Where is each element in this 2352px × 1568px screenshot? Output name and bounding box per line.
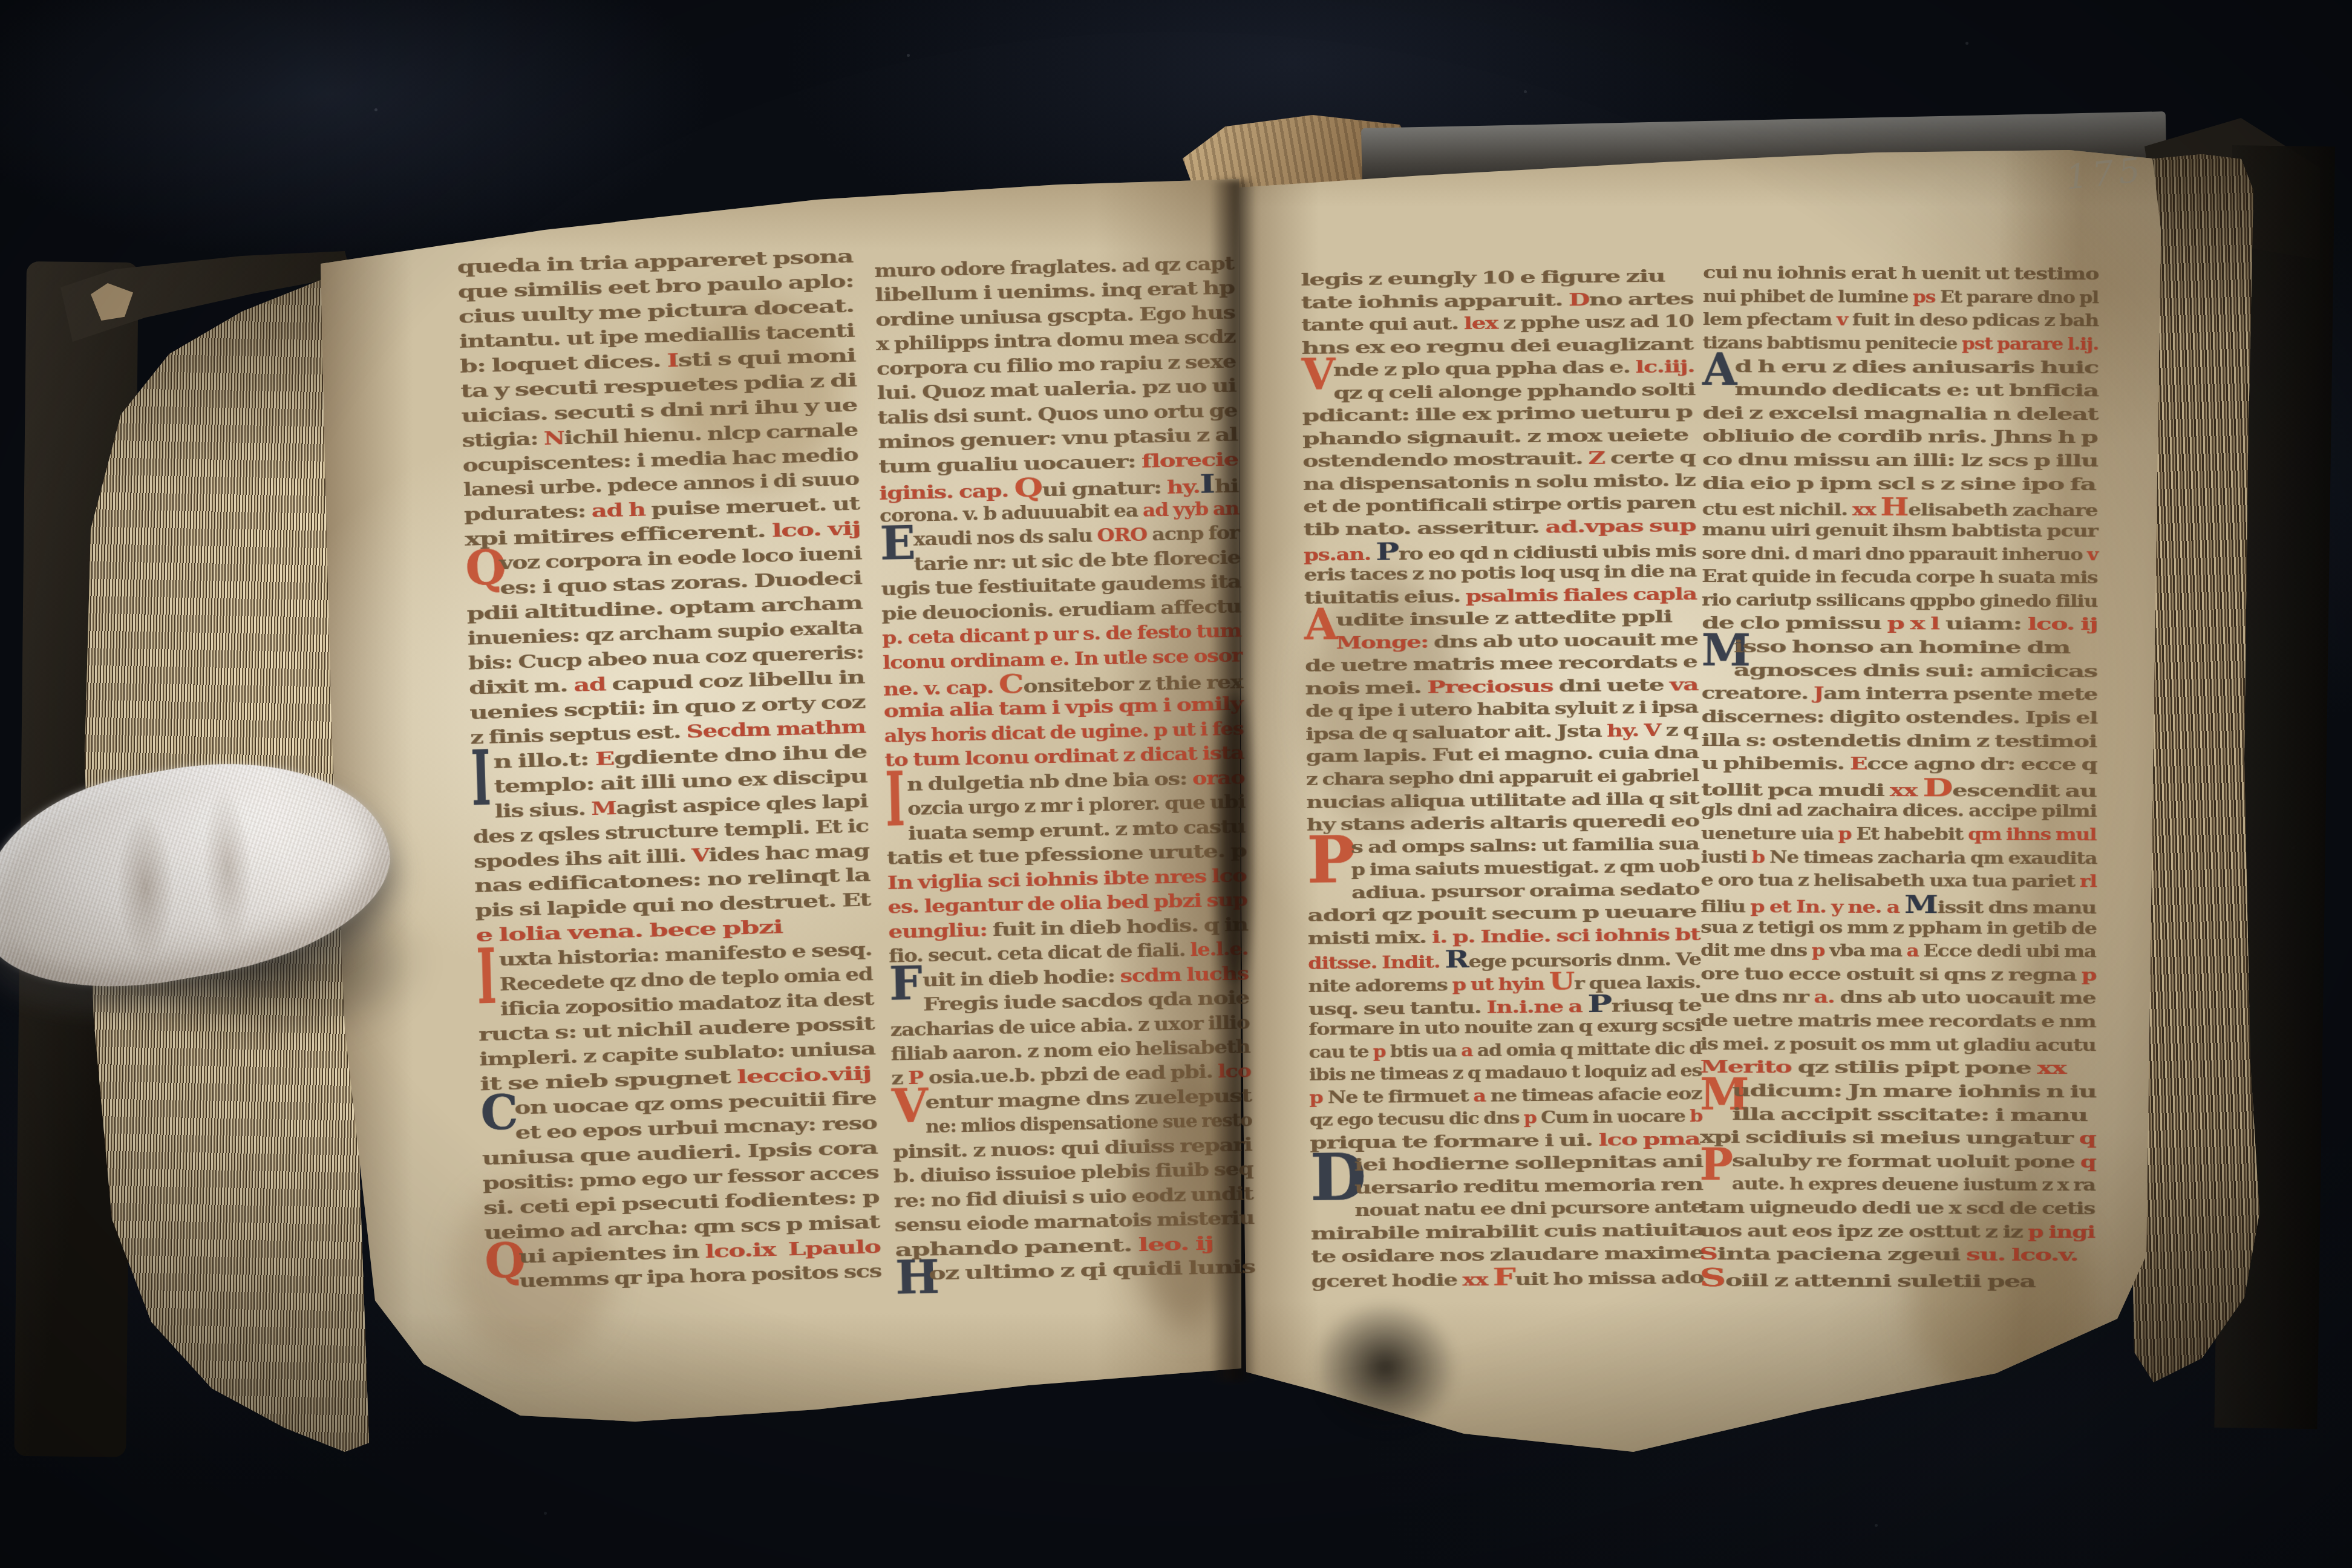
folio-number: 175 (2064, 150, 2147, 197)
drop-cap-initial: I (885, 769, 905, 831)
text-line: sua z tetigi os mm z ppham in getib de (1700, 915, 2100, 940)
text-line: iusti b Ne timeas zacharia qm exaudita (1700, 846, 2100, 871)
text-line: cui nu iohnis erat h uenit ut testimo (1703, 261, 2102, 286)
drop-cap-initial: C (480, 1093, 518, 1132)
text-line: uos aut eos ipz ze osttut z iz p ingi (1699, 1220, 2099, 1244)
text-line: ueneture uia p Et habebit qm ihns mul (1701, 822, 2100, 847)
text-line: Sinta paciena zgeui su. lco.v. (1699, 1243, 2099, 1267)
text-line: saluby re format uoluit pone q (1700, 1149, 2099, 1174)
text-line: nui phibet de lumine ps Et parare dno pl (1703, 285, 2102, 310)
manuscript-column: VAPDlegis z eungly 10 e figure ziutate i… (1301, 265, 1708, 1292)
text-line: illa s: ostendetis dnim z testimoi (1701, 728, 2100, 753)
text-line: Soiil z attenni suletii pea (1699, 1266, 2099, 1291)
glove-crease (199, 787, 256, 948)
gutter-smudge (1218, 696, 1250, 980)
text-line: isso honso an homine dm (1702, 635, 2101, 660)
drop-cap-initial: F (889, 965, 922, 1004)
drop-cap-initial: P (1307, 834, 1355, 887)
text-line: sore dni. d mari dno pparauit inheruo v (1702, 541, 2101, 566)
text-line: de uetre matris mee recordats e nm (1700, 1009, 2100, 1034)
text-line: ctu est nichil. xx Helisabeth zachare (1702, 495, 2102, 520)
text-line: dit me dns p vba ma a Ecce dedi ubi ma (1700, 939, 2100, 964)
text-line: manu uiri genuit ihsm babtista pcur (1702, 518, 2101, 543)
text-line: Merito qz stilis pipt pone xx (1700, 1056, 2099, 1080)
text-line: discernes: digito ostendes. Ipis el (1701, 705, 2100, 730)
drop-cap-initial: A (1702, 351, 1736, 388)
text-line: creatore. Jam interra psente mete (1701, 682, 2100, 707)
text-line: filiu p et In. y ne. a Missit dns manu (1700, 892, 2100, 917)
text-line: e oro tua z helisabeth uxa tua pariet rl (1700, 869, 2100, 893)
gutter-bottom-shadow (1313, 1301, 1458, 1434)
drop-cap-initial: A (1304, 606, 1338, 642)
text-line: ue dns nr a. dns ab uto uocauit me (1700, 985, 2100, 1010)
text-line: d h eru z dies aniusaris huic (1702, 354, 2102, 379)
drop-cap-initial: I (471, 747, 492, 810)
manuscript-column: AMMPcui nu iohnis erat h uenit ut testim… (1699, 261, 2102, 1291)
text-line: tizans babtismu penitecie pst parare l.i… (1702, 332, 2102, 356)
text-line: tollit pca mudi xx Descendit au (1701, 776, 2100, 800)
text-line: ore tuo ecce ostuit si qns z regna p (1700, 962, 2100, 987)
text-line: rio cariutp ssilicans qppbo ginedo filiu (1702, 589, 2101, 613)
drop-cap-initial: E (880, 524, 915, 563)
drop-cap-initial: I (476, 946, 497, 1008)
text-line: obliuio de cordib nris. Jhns h p (1702, 425, 2102, 449)
drop-cap-initial: P (1700, 1146, 1733, 1183)
text-line: u phibemis. Ecce agno dr: ecce q (1701, 752, 2100, 777)
lint-specks (0, 0, 2, 2)
photo-stage: QIICQqueda in tria appareret psonaque si… (0, 0, 2352, 1568)
text-line: aute. h expres deuene iustum z x ra (1700, 1172, 2099, 1197)
text-line: gceret hodie xx Fuit ho missa ado (1311, 1264, 1707, 1291)
text-line: de clo pmissu p x l uiam: lco. ij (1702, 612, 2101, 636)
drop-cap-initial: V (892, 1087, 928, 1126)
glove-crease (116, 812, 175, 963)
text-line: dei z excelsi magnalia n deleat (1702, 402, 2102, 426)
text-line: is mei. z posuit os mm ut gladiu acutu (1700, 1033, 2099, 1057)
text-line: mundo dedicats e: ut bnficia (1702, 378, 2102, 403)
text-line: co dnu missu an illi: lz scs p illu (1702, 448, 2102, 473)
text-line: lem pfectam v fuit in deso pdicas z bah (1703, 308, 2102, 333)
text-line: illa accipit sscitate: i manu (1700, 1102, 2099, 1127)
text-line: tam uigneudo dedi ue x scd de cetis (1699, 1196, 2099, 1221)
text-line: udicum: Jn mare iohnis n iu (1700, 1079, 2099, 1104)
manuscript-column: QIICQqueda in tria appareret psonaque si… (457, 245, 885, 1296)
text-line: Erat quide in fecuda corpe h suata mis (1702, 565, 2101, 590)
text-line: agnosces dnis sui: amicicas (1702, 659, 2101, 684)
text-line: xpi scidiuis si meius ungatur q (1700, 1126, 2099, 1151)
text-line: gls dni ad zachaira dices. accipe pilmi (1701, 799, 2100, 823)
drop-cap-initial: V (1302, 356, 1335, 392)
manuscript-column: EIFVHmuro odore fraglates. ad qz captlib… (874, 251, 1258, 1287)
